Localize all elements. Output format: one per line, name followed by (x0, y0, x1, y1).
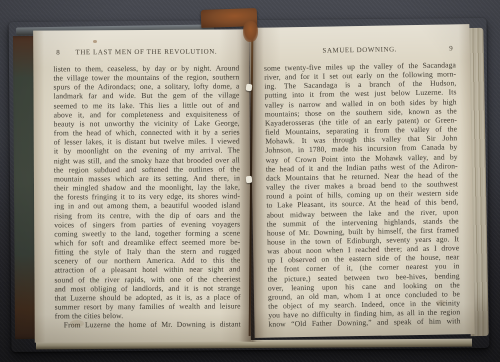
text-line: summer resort by many families of wealth… (55, 302, 241, 312)
text-line: know “Old Father Downing,” and speak of … (268, 317, 460, 330)
gutter-stain (243, 21, 258, 42)
text-line: it by moonlight on the evening of my arr… (54, 146, 240, 156)
right-page-text: some twenty-five miles up the valley of … (264, 60, 461, 329)
left-page: 8 THE LAST MEN OF THE REVOLUTION. listen… (33, 29, 251, 342)
right-running-title: SAMUEL DOWNING. (322, 45, 397, 54)
left-page-number: 8 (56, 48, 60, 56)
right-page-header: SAMUEL DOWNING. 9 (264, 44, 456, 57)
binding-thread (246, 84, 253, 92)
right-page-number: 9 (449, 44, 453, 52)
binding-thread (246, 176, 252, 183)
left-running-title: THE LAST MEN OF THE REVOLUTION. (75, 48, 217, 57)
text-line: landmark far and wide. But the gem of th… (54, 91, 240, 101)
age-spot (436, 300, 446, 306)
text-line: attraction of a pleasant hotel within ne… (54, 265, 240, 275)
age-spot (93, 40, 97, 43)
text-line: rising from its centre, with the dip of … (54, 210, 240, 220)
left-page-text: listen to them, ceaseless, by day or by … (53, 63, 240, 330)
right-page: SAMUEL DOWNING. 9 some twenty-five miles… (249, 24, 474, 338)
age-spot (70, 320, 84, 327)
text-line: ing in and out among them, a beautiful w… (54, 201, 240, 211)
left-page-header: 8 THE LAST MEN OF THE REVOLUTION. (53, 47, 239, 58)
open-book-photo: 8 THE LAST MEN OF THE REVOLUTION. listen… (0, 0, 500, 362)
